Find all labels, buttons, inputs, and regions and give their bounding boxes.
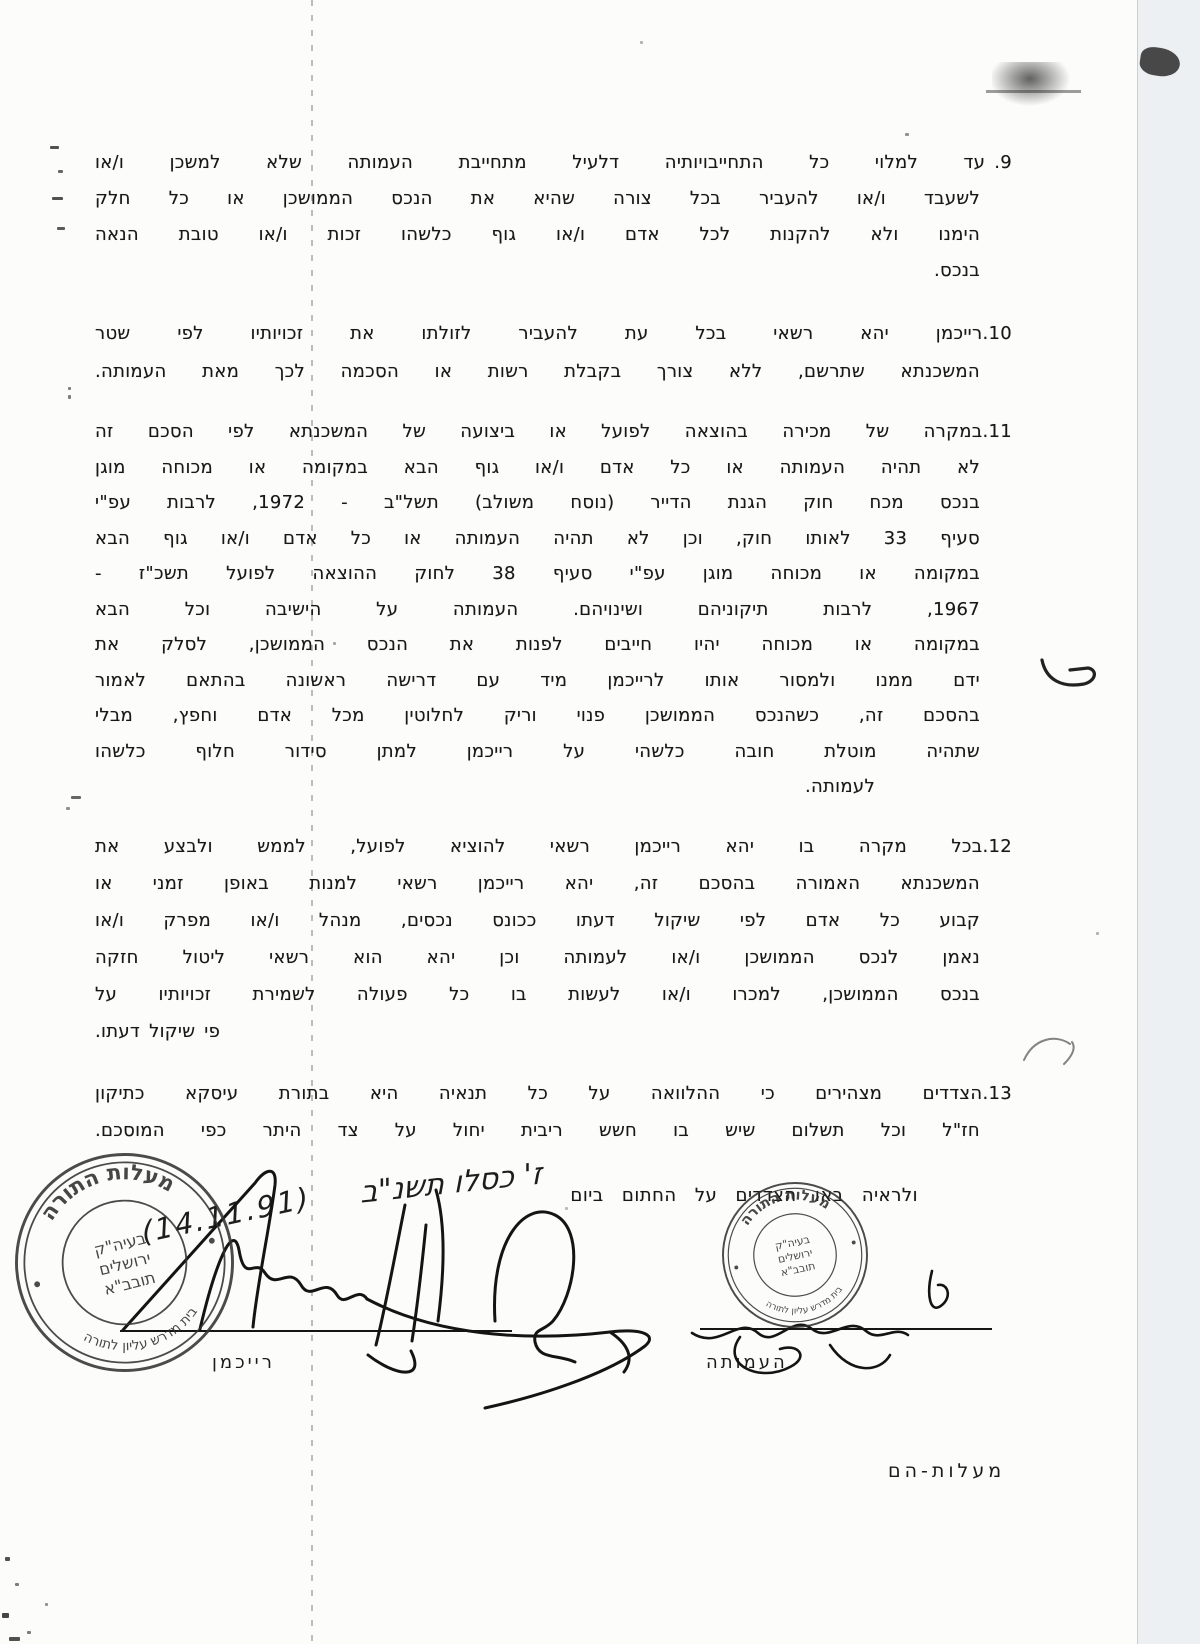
torah-institution-stamp: מעלות התורה בית מדרש עליון לתורה בעיה"ק … [706,1166,884,1344]
clause-line: במקומה או מכוחה יהיו חייבים לפנות את הנכ… [95,627,980,663]
ink-curl-mark [1038,652,1108,697]
stamp-bottom-text: בית מדרש עליון לתורה [78,1301,207,1366]
clause-11: 11. במקרה של מכירה בהוצאה לפועל או ביצוע… [95,414,1012,805]
clause-number: 10. [982,315,1012,353]
clause-9: 9. עד למלוי כל התחייבויותיה דלעיל מתחייב… [95,145,1012,289]
scan-speck [9,1637,20,1641]
clause-line: 9. עד למלוי כל התחייבויותיה דלעיל מתחייב… [95,145,1012,181]
clause-line: בהסכם זה, כשהנכס הממושכן פנוי וריק לחלוט… [95,698,980,734]
clause-line: בנכס מכח חוק הגנת הדייר (נוסח משולב) תשל… [95,485,980,521]
clause-line: פי שיקול דעתו. [95,1013,980,1050]
scan-speck [68,395,71,399]
stamp-dot [734,1265,739,1270]
stamp-dot [34,1281,41,1288]
clause-line: המשכנתא האמורה בהסכם זה, יהא רייכמן רשאי… [95,865,980,902]
clause-line: 12. בכל מקרה בו יהא רייכמן רשאי להוציא ל… [95,828,1012,865]
clause-line: במקומה או מכוחה מוגן עפ"י סעיף 38 לחוק ה… [95,556,980,592]
scan-speck [57,227,65,230]
clause-10: 10. רייכמן יהא רשאי בכל עת להעביר לזולתו… [95,315,1012,391]
scan-speck [68,387,71,390]
scan-speck [27,1631,31,1634]
scan-speck [58,170,63,173]
clause-number: 12. [982,828,1012,865]
scan-speck [50,146,59,149]
scan-speck [71,796,81,799]
clause-line: שתהיה מוטלת חובה כלשהי על רייכמן למתן סי… [95,734,980,770]
scan-smudge [992,62,1076,110]
clause-12: 12. בכל מקרה בו יהא רייכמן רשאי להוציא ל… [95,828,1012,1050]
scan-speck [640,41,643,44]
scan-page-edge [1137,0,1200,1644]
clause-line: קבוע כל אדם לפי שיקול דעתו ככונס נכסים, … [95,902,980,939]
clause-text: רייכמן יהא רשאי בכל עת להעביר לזולתו את … [95,315,982,353]
clause-line: 11. במקרה של מכירה בהוצאה לפועל או ביצוע… [95,414,1012,450]
scan-speck [15,1583,19,1586]
clause-line: לעמותה. [95,769,980,805]
scan-speck [333,642,336,645]
scan-speck [905,133,909,136]
clause-line: לא תהיה העמותה או כל אדם ו/או גוף הבא במ… [95,450,980,486]
stamp-dot [208,1237,215,1244]
stamp-bottom-text: בית מדרש עליון לתורה [762,1283,848,1323]
scan-streak [986,90,1081,93]
footer-text: מעלות-הם [888,1460,1005,1482]
clause-text: במקרה של מכירה בהוצאה לפועל או ביצועה של… [95,414,982,450]
scan-speck [52,197,63,200]
clause-line: המשכנתא שתרשם, ללא צורך בקבלת רשות או הס… [95,353,980,391]
stamp-top-text: מעלות התורה [28,1145,183,1229]
clause-text: הצדדים מצהירים כי ההלוואה על כל תנאיה הי… [95,1075,982,1112]
clause-line: הימנו ולא להקנות לכל אדם ו/או גוף כלשהו … [95,217,980,253]
clause-line: בנכס הממושכן, למכרו ו/או לעשות בו כל פעו… [95,976,980,1013]
ink-curve-mark [1020,1028,1084,1076]
clause-text: בכל מקרה בו יהא רייכמן רשאי להוציא לפועל… [95,828,982,865]
svg-text:בית מדרש עליון לתורה: בית מדרש עליון לתורה [78,1301,207,1366]
clause-line: נאמן לנכס הממושכן ו/או לעמותה וכן יהא הו… [95,939,980,976]
clause-13: 13. הצדדים מצהירים כי ההלוואה על כל תנאי… [95,1075,1012,1149]
scan-speck [565,1207,568,1210]
scan-speck [66,807,70,810]
clause-number: 9. [994,145,1012,181]
clause-line: ידם ממנו ולמסור אותו לרייכמן מיד עם דריש… [95,663,980,699]
clause-number: 11. [982,414,1012,450]
svg-text:מעלות התורה: מעלות התורה [28,1145,183,1229]
clause-line: 10. רייכמן יהא רשאי בכל עת להעביר לזולתו… [95,315,1012,353]
scan-speck [2,1613,9,1618]
clause-line: 1967, לרבות תיקוניהם ושינויהם. העמותה על… [95,592,980,628]
clause-line: חז"ל וכל תשלום שיש בו חשש ריבית יחול על … [95,1112,980,1149]
scanned-contract-page: 9. עד למלוי כל התחייבויותיה דלעיל מתחייב… [0,0,1200,1644]
scan-speck [1096,932,1099,935]
clause-number: 13. [982,1075,1012,1112]
svg-text:בית מדרש עליון לתורה: בית מדרש עליון לתורה [762,1283,848,1323]
clause-line: לשעבד ו/או להעביר בכל צורה שהיא את הנכס … [95,181,980,217]
scan-speck [45,1603,48,1606]
clause-text: עד למלוי כל התחייבויותיה דלעיל מתחייבת ה… [95,145,985,181]
stamp-dot [851,1240,856,1245]
clause-line: 13. הצדדים מצהירים כי ההלוואה על כל תנאי… [95,1075,1012,1112]
clause-line: בנכס. [95,253,980,289]
scan-speck [5,1557,10,1561]
clause-line: סעיף 33 לאותו חוק, וכן לא תהיה העמותה או… [95,521,980,557]
